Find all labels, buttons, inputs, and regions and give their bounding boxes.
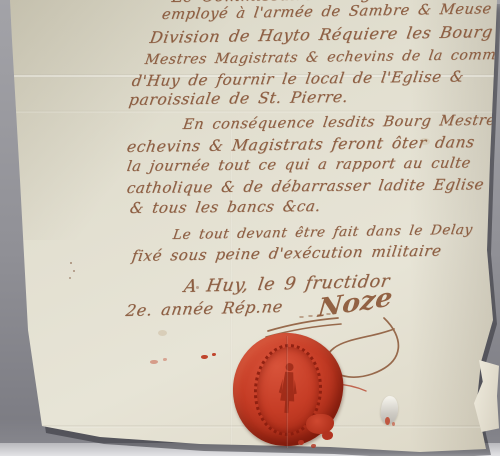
fold-crease	[286, 336, 288, 448]
paper-stain	[420, 138, 430, 145]
paper-stain	[158, 330, 167, 336]
wax-spatter	[385, 417, 390, 425]
manuscript-line: catholique & de débarrasser ladite Eglis…	[126, 175, 486, 197]
ink-speck	[73, 270, 75, 272]
fold-crease	[14, 110, 494, 113]
dateline-year: 2e. année Rép.ne	[125, 297, 285, 320]
manuscript-line: fixé sous peine d'exécution militaire	[131, 242, 443, 265]
wax-spatter	[392, 422, 395, 426]
seal-figure-icon	[273, 358, 303, 422]
manuscript-line: & tous les bancs &ca.	[129, 197, 323, 217]
manuscript-line: paroissiale de St. Pierre.	[128, 88, 350, 109]
ink-speck	[69, 277, 71, 279]
manuscript-photo: Le Commissaire des guerres employé à l'a…	[0, 0, 500, 456]
ink-speck	[196, 286, 199, 289]
ink-speck	[70, 262, 72, 264]
